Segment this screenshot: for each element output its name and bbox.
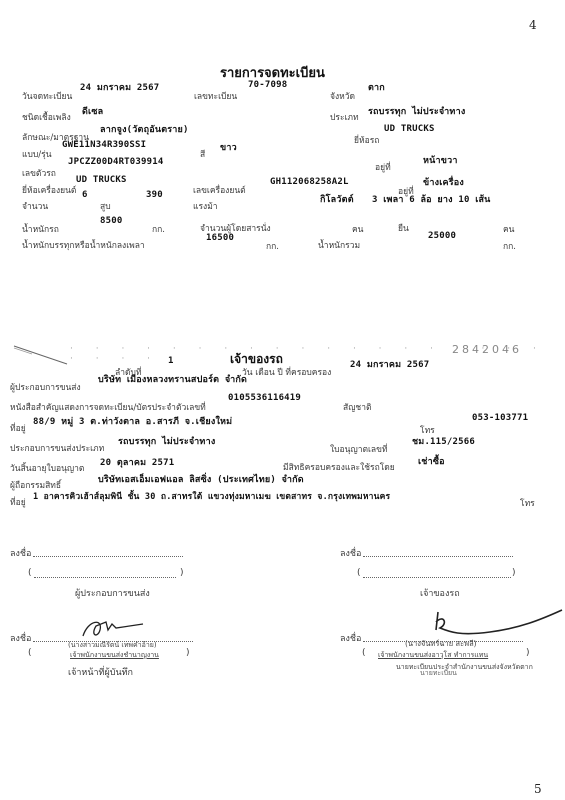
operator-caption: ผู้ประกอบการขนส่ง	[75, 586, 150, 600]
brand-label: ยี่ห้อรถ	[354, 133, 379, 147]
nationality-label: สัญชาติ	[343, 400, 372, 414]
business-type-label: ประกอบการขนส่งประเภท	[10, 441, 104, 455]
officer-paren-open: (	[28, 648, 32, 658]
holder: บริษัทเอสเอ็มเอฟแอล ลิสซิ่ง (ประเทศไทย) …	[98, 472, 304, 486]
engine-brand: UD TRUCKS	[76, 175, 127, 185]
owner-name-line	[363, 577, 511, 578]
axles-wheels-tires: 3 เพลา 6 ล้อ ยาง 10 เส้น	[372, 192, 491, 206]
top-page-number: 4	[529, 18, 537, 32]
registrar-sign-label: ลงชื่อ	[340, 631, 361, 645]
operator-sign-line	[33, 556, 183, 557]
phone: 053-103771	[472, 413, 528, 423]
officer-paren-close: )	[186, 648, 190, 658]
plate: 70-7098	[248, 80, 287, 90]
chassis-loc-label: อยู่ที่	[375, 160, 391, 174]
registrar-paren-open: (	[362, 648, 366, 658]
registrar-caption-overlay: นายทะเบียน	[420, 668, 457, 679]
load-label: น้ำหนักบรรทุกหรือน้ำหนักลงเพลา	[22, 238, 145, 252]
brand: UD TRUCKS	[384, 124, 435, 134]
type-label: ประเภท	[330, 110, 359, 124]
weight-unit: กก.	[152, 222, 165, 236]
gross: 25000	[428, 231, 456, 241]
passengers-unit: คน	[352, 222, 364, 236]
chassis-loc: หน้าขวา	[423, 153, 458, 167]
officer-sign-label: ลงชื่อ	[10, 631, 31, 645]
load: 16500	[206, 233, 234, 243]
standing-label: ยืน	[398, 221, 409, 235]
bottom-page-number: 5	[534, 782, 542, 796]
engine-brand-label: ยี่ห้อเครื่องยนต์	[22, 183, 76, 197]
province-label: จังหวัด	[330, 89, 355, 103]
officer-signature-scribble	[78, 616, 148, 640]
holder-address: 1 อาคารคิวเฮ้าส์ลุมพินี ชั้น 30 ถ.สาทรใต…	[33, 489, 390, 503]
reg-date: 24 มกราคม 2567	[80, 80, 159, 94]
id-label: หนังสือสำคัญแสดงการจดทะเบียน/บัตรประจำตั…	[10, 400, 206, 414]
count-label: จำนวน	[22, 199, 48, 213]
license-no: ชม.115/2566	[412, 434, 475, 448]
horsepower: 390	[146, 190, 163, 200]
gross-label: น้ำหนักรวม	[318, 238, 360, 252]
operator-label: ผู้ประกอบการขนส่ง	[10, 380, 81, 394]
possession-date-label: วัน เดือน ปี ที่ครอบครอง	[242, 365, 331, 379]
type: รถบรรทุก ไม่ประจำทาง	[368, 104, 465, 118]
stamp-number: 2842046	[452, 343, 522, 356]
right: เช่าซื้อ	[418, 454, 445, 468]
cylinder-unit: สูบ	[100, 199, 111, 213]
registrar-signature-scribble	[430, 608, 565, 640]
owner-sign-label: ลงชื่อ	[340, 546, 361, 560]
holder-phone-label: โทร	[520, 496, 535, 510]
officer-position: เจ้าพนักงานขนส่งชำนาญงาน	[70, 650, 159, 661]
id-number: 0105536116419	[228, 393, 301, 403]
chassis: JPCZZ00D4RT039914	[68, 157, 164, 167]
model-label: แบบ/รุ่น	[22, 147, 52, 161]
operator: บริษัท เมืองหลวงทรานสปอร์ต จำกัด	[98, 372, 247, 386]
license-no-label: ใบอนุญาตเลขที่	[330, 442, 388, 456]
weight-label: น้ำหนักรถ	[22, 222, 59, 236]
owner-paren-open: (	[357, 568, 361, 578]
operator-name-line	[34, 577, 176, 578]
owner-sign-line	[363, 556, 513, 557]
reg-date-label: วันจดทะเบียน	[22, 89, 72, 103]
fuel-label: ชนิดเชื้อเพลิง	[22, 110, 71, 124]
province: ตาก	[368, 80, 385, 94]
style: ลากจูง(วัตถุอันตราย)	[100, 122, 189, 136]
gross-unit: กก.	[503, 239, 516, 253]
model: GWE11N34R390SSI	[62, 140, 146, 150]
registrar-position: เจ้าพนักงานขนส่งอาวุโส ทำการแทน	[378, 650, 488, 661]
color-label: สี	[200, 147, 205, 161]
license-exp: 20 ตุลาคม 2571	[100, 455, 174, 469]
operator-paren-open: (	[28, 568, 32, 578]
engine-no: GH112068258A2L	[270, 177, 349, 187]
registrar-caption: นายทะเบียนประจำสำนักงานขนส่งจังหวัดตาก	[396, 662, 533, 673]
registrar-name: (นางจันทร์ฉาย สะพลี)	[405, 638, 477, 650]
cylinders: 6	[82, 190, 88, 200]
engine-loc: ข้างเครื่อง	[423, 175, 464, 189]
registrar-paren-close: )	[526, 648, 530, 658]
owner-paren-close: )	[512, 568, 516, 578]
owner-caption: เจ้าของรถ	[420, 586, 460, 600]
engine-no-label: เลขเครื่องยนต์	[193, 183, 246, 197]
plate-label: เลขทะเบียน	[194, 89, 237, 103]
fuel: ดีเซล	[82, 104, 103, 118]
standing-unit: คน	[503, 222, 515, 236]
holder-address-label: ที่อยู่	[10, 495, 26, 509]
kw-label: กิโลวัตต์	[320, 192, 354, 206]
weight: 8500	[100, 216, 122, 226]
address: 88/9 หมู่ 3 ต.ท่าวังตาล อ.สารภี จ.เชียงใ…	[33, 414, 232, 428]
license-exp-label: วันสิ้นอายุใบอนุญาต	[10, 461, 84, 475]
possession-date: 24 มกราคม 2567	[350, 357, 429, 371]
seq: 1	[168, 356, 174, 366]
color: ขาว	[220, 140, 237, 154]
operator-paren-close: )	[180, 568, 184, 578]
hp-label: แรงม้า	[193, 199, 218, 213]
officer-caption: เจ้าหน้าที่ผู้บันทึก	[68, 665, 133, 679]
address-label: ที่อยู่	[10, 421, 26, 435]
stamp-strike-mark	[12, 344, 72, 366]
load-unit: กก.	[266, 239, 279, 253]
business-type: รถบรรทุก ไม่ประจำทาง	[118, 434, 215, 448]
operator-sign-label: ลงชื่อ	[10, 546, 31, 560]
chassis-label: เลขตัวรถ	[22, 166, 56, 180]
